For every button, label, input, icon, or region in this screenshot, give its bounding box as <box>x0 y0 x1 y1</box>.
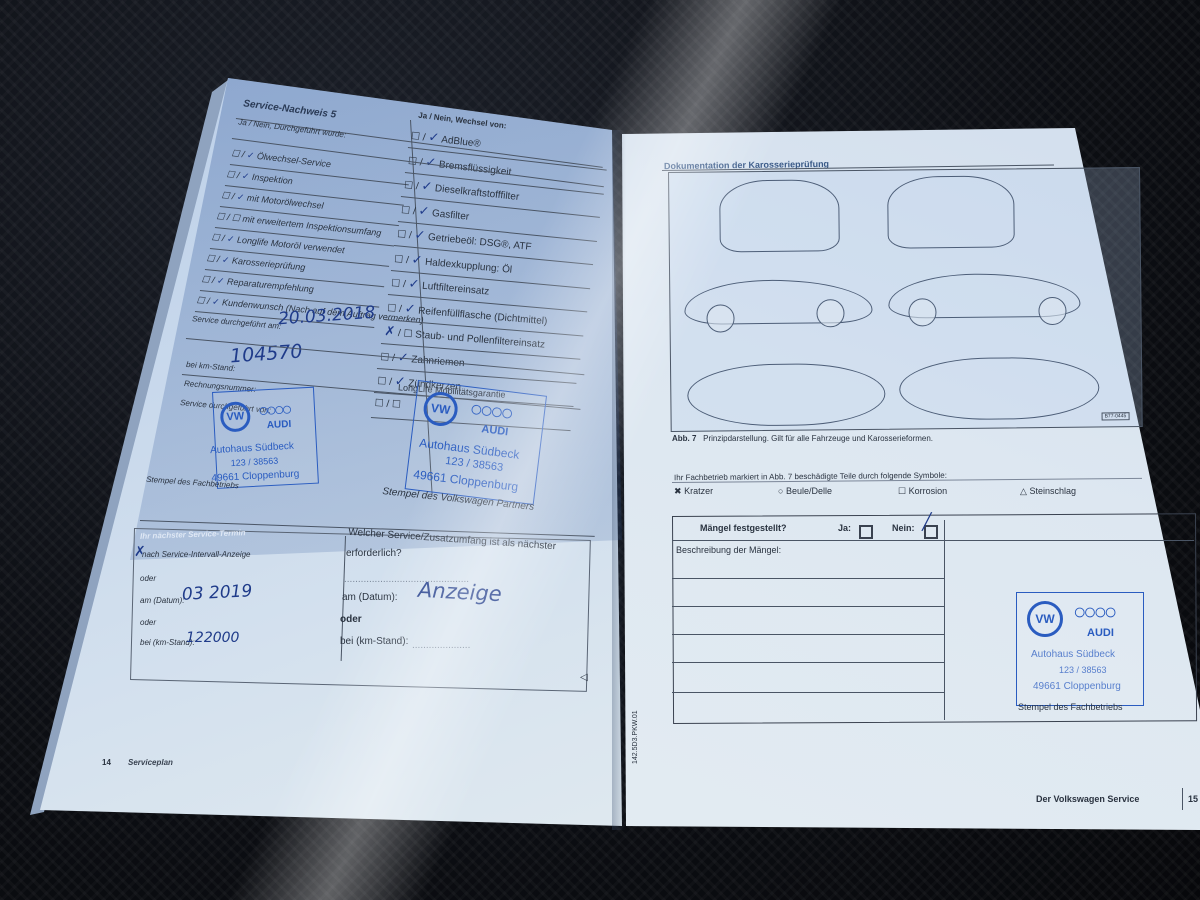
symbol-legend-item: △ Steinschlag <box>1020 486 1076 497</box>
yes-checkbox[interactable]: ☐ <box>394 253 404 265</box>
stamp-line2: 123 / 38563 <box>230 456 278 468</box>
or-label: oder <box>140 574 156 583</box>
left-page-number: 14 <box>102 758 111 767</box>
checkbox-icon[interactable]: ☐ <box>231 148 240 159</box>
right-footer-title: Der Volkswagen Service <box>1036 794 1139 804</box>
replacement-item: ☐ / ☐ <box>374 398 401 411</box>
yes-checkbox[interactable]: ☐ <box>374 398 384 410</box>
checkbox-icon[interactable]: ☐ <box>226 169 235 180</box>
dealer-stamp-left: VW ○○○○ AUDI Autohaus Südbeck 123 / 3856… <box>212 387 319 489</box>
or-label-2: oder <box>140 618 156 627</box>
yes-label: Ja: <box>838 523 851 533</box>
no-checkbox[interactable]: ✓ <box>421 182 433 194</box>
next-scope-question-2: erforderlich? <box>346 548 402 559</box>
symbol-legend-item: ☐ Korrosion <box>898 486 947 497</box>
symbol-label: Steinschlag <box>1029 486 1076 496</box>
stamp-line1: Autohaus Südbeck <box>210 441 294 456</box>
yes-checkbox[interactable]: ✗ <box>384 327 396 339</box>
check-mark-icon: ✓ <box>212 297 220 308</box>
next-km-value: 122000 <box>186 630 239 646</box>
no-checkbox[interactable]: ✓ <box>408 279 420 291</box>
x-mark-icon: ✖ <box>674 486 682 496</box>
checkbox-icon[interactable]: ☐ <box>221 190 230 201</box>
check-mark-icon: ✓ <box>217 276 225 287</box>
no-checkbox[interactable]: ✓ <box>428 133 440 145</box>
audi-rings-icon: ○○○○ <box>1073 599 1114 625</box>
no-label: Nein: <box>892 523 915 533</box>
scope-date-label: am (Datum): <box>342 592 398 603</box>
square-icon: ☐ <box>898 486 906 496</box>
no-checkbox[interactable]: ✓ <box>404 304 416 316</box>
caption-text: Prinzipdarstellung. Gilt für alle Fahrze… <box>703 434 933 443</box>
car-body-diagram: B77-0445 <box>668 167 1143 432</box>
symbol-legend-item: ✖ Kratzer <box>674 486 713 497</box>
figure-caption: Abb. 7 Prinzipdarstellung. Gilt für alle… <box>672 434 933 443</box>
vw-logo-icon: VW <box>1027 601 1063 637</box>
audi-rings-icon: ○○○○ <box>468 396 512 427</box>
left-footer-title: Serviceplan <box>128 758 173 767</box>
next-date-label: am (Datum): <box>140 596 184 605</box>
next-service-option1: nach Service-Intervall-Anzeige <box>142 550 251 559</box>
check-mark-icon: ✓ <box>418 203 430 219</box>
right-page-number: 15 <box>1188 794 1198 804</box>
no-checkbox[interactable]: ✓ <box>414 231 426 243</box>
side-code: 142.5D3.PKW.01 <box>632 710 639 764</box>
no-checkbox[interactable]: ☐ <box>403 329 413 341</box>
defects-question: Mängel festgestellt? <box>700 523 787 533</box>
checkbox-icon[interactable]: ☐ <box>201 274 210 285</box>
symbol-label: Kratzer <box>684 486 713 496</box>
check-mark-icon: ✓ <box>404 301 416 317</box>
check-mark-icon: ✓ <box>241 172 250 183</box>
check-mark-icon: ✓ <box>411 252 423 268</box>
book-gutter <box>612 130 626 830</box>
right-stamp-caption: Stempel des Fachbetriebs <box>1018 702 1123 712</box>
check-mark-icon: ✓ <box>226 235 235 246</box>
car-rear-view <box>719 179 840 252</box>
yes-checkbox[interactable]: ☐ <box>404 180 414 192</box>
audi-text: AUDI <box>267 419 292 431</box>
page-arrow-icon: ◁ <box>580 672 588 683</box>
no-checkbox[interactable]: ✓ <box>411 255 423 267</box>
dealer-stamp-right-page: VW ○○○○ AUDI Autohaus Südbeck 123 / 3856… <box>1016 592 1144 706</box>
yes-checkbox[interactable] <box>859 525 873 539</box>
check-mark-icon: ✓ <box>221 255 229 266</box>
symbol-legend-item: ○ Beule/Delle <box>778 486 832 496</box>
stamp-line1: Autohaus Südbeck <box>1031 649 1115 660</box>
vw-logo-icon: VW <box>220 401 252 433</box>
check-mark-icon: ✓ <box>414 228 426 244</box>
symbol-label: Korrosion <box>909 486 948 496</box>
car-top-view <box>687 363 886 427</box>
check-mark-icon: ✓ <box>236 193 245 204</box>
check-mark-icon: ✓ <box>408 277 420 293</box>
yes-checkbox[interactable]: ☐ <box>400 204 410 216</box>
vw-logo-icon: VW <box>422 390 460 428</box>
next-date-value: 03 2019 <box>182 581 253 605</box>
checkbox-icon[interactable]: ☐ <box>216 211 225 222</box>
car-underbody-view <box>899 356 1100 420</box>
dotted-line-2: ..................... <box>412 640 470 651</box>
check-mark-icon: ╱ <box>922 512 932 531</box>
item-label: Gasfilter <box>431 208 469 223</box>
triangle-icon: △ <box>1020 486 1027 496</box>
check-mark-icon: ✓ <box>421 179 433 195</box>
check-mark-icon: ✓ <box>428 130 441 146</box>
no-checkbox[interactable]: ☐ <box>391 399 401 411</box>
scope-or-label: oder <box>340 614 362 625</box>
scope-km-label: bei (km-Stand): <box>340 636 408 647</box>
description-label: Beschreibung der Mängel: <box>676 545 781 555</box>
caption-label: Abb. 7 <box>672 434 696 443</box>
checkbox-icon[interactable]: ☐ <box>211 232 220 243</box>
audi-text: AUDI <box>1087 627 1114 639</box>
yes-checkbox[interactable]: ☐ <box>377 376 387 388</box>
car-front-view <box>887 175 1015 248</box>
yes-checkbox[interactable]: ☐ <box>390 278 400 290</box>
yes-checkbox[interactable]: ☐ <box>410 131 420 143</box>
dealer-stamp-right: VW ○○○○ AUDI Autohaus Südbeck 123 / 3856… <box>405 380 547 505</box>
circle-icon: ○ <box>778 486 783 496</box>
stamp-line3: 49661 Cloppenburg <box>1033 681 1121 692</box>
audi-text: AUDI <box>481 423 509 438</box>
stamp-line2: 123 / 38563 <box>1059 665 1107 675</box>
check-mark-icon: ✓ <box>246 151 255 162</box>
check-mark-icon: ✗ <box>134 544 146 560</box>
checkbox-icon[interactable]: ☐ <box>196 295 205 306</box>
yes-checkbox[interactable]: ☐ <box>387 302 397 314</box>
symbol-label: Beule/Delle <box>786 486 832 496</box>
no-checkbox[interactable]: ✓ <box>418 206 430 218</box>
scope-date-value: Anzeige <box>417 578 502 606</box>
checkbox-icon[interactable]: ☐ <box>206 253 215 264</box>
yes-checkbox[interactable]: ☐ <box>397 229 407 241</box>
figure-code: B77-0445 <box>1102 412 1130 420</box>
x-mark-icon: ✗ <box>384 324 396 340</box>
